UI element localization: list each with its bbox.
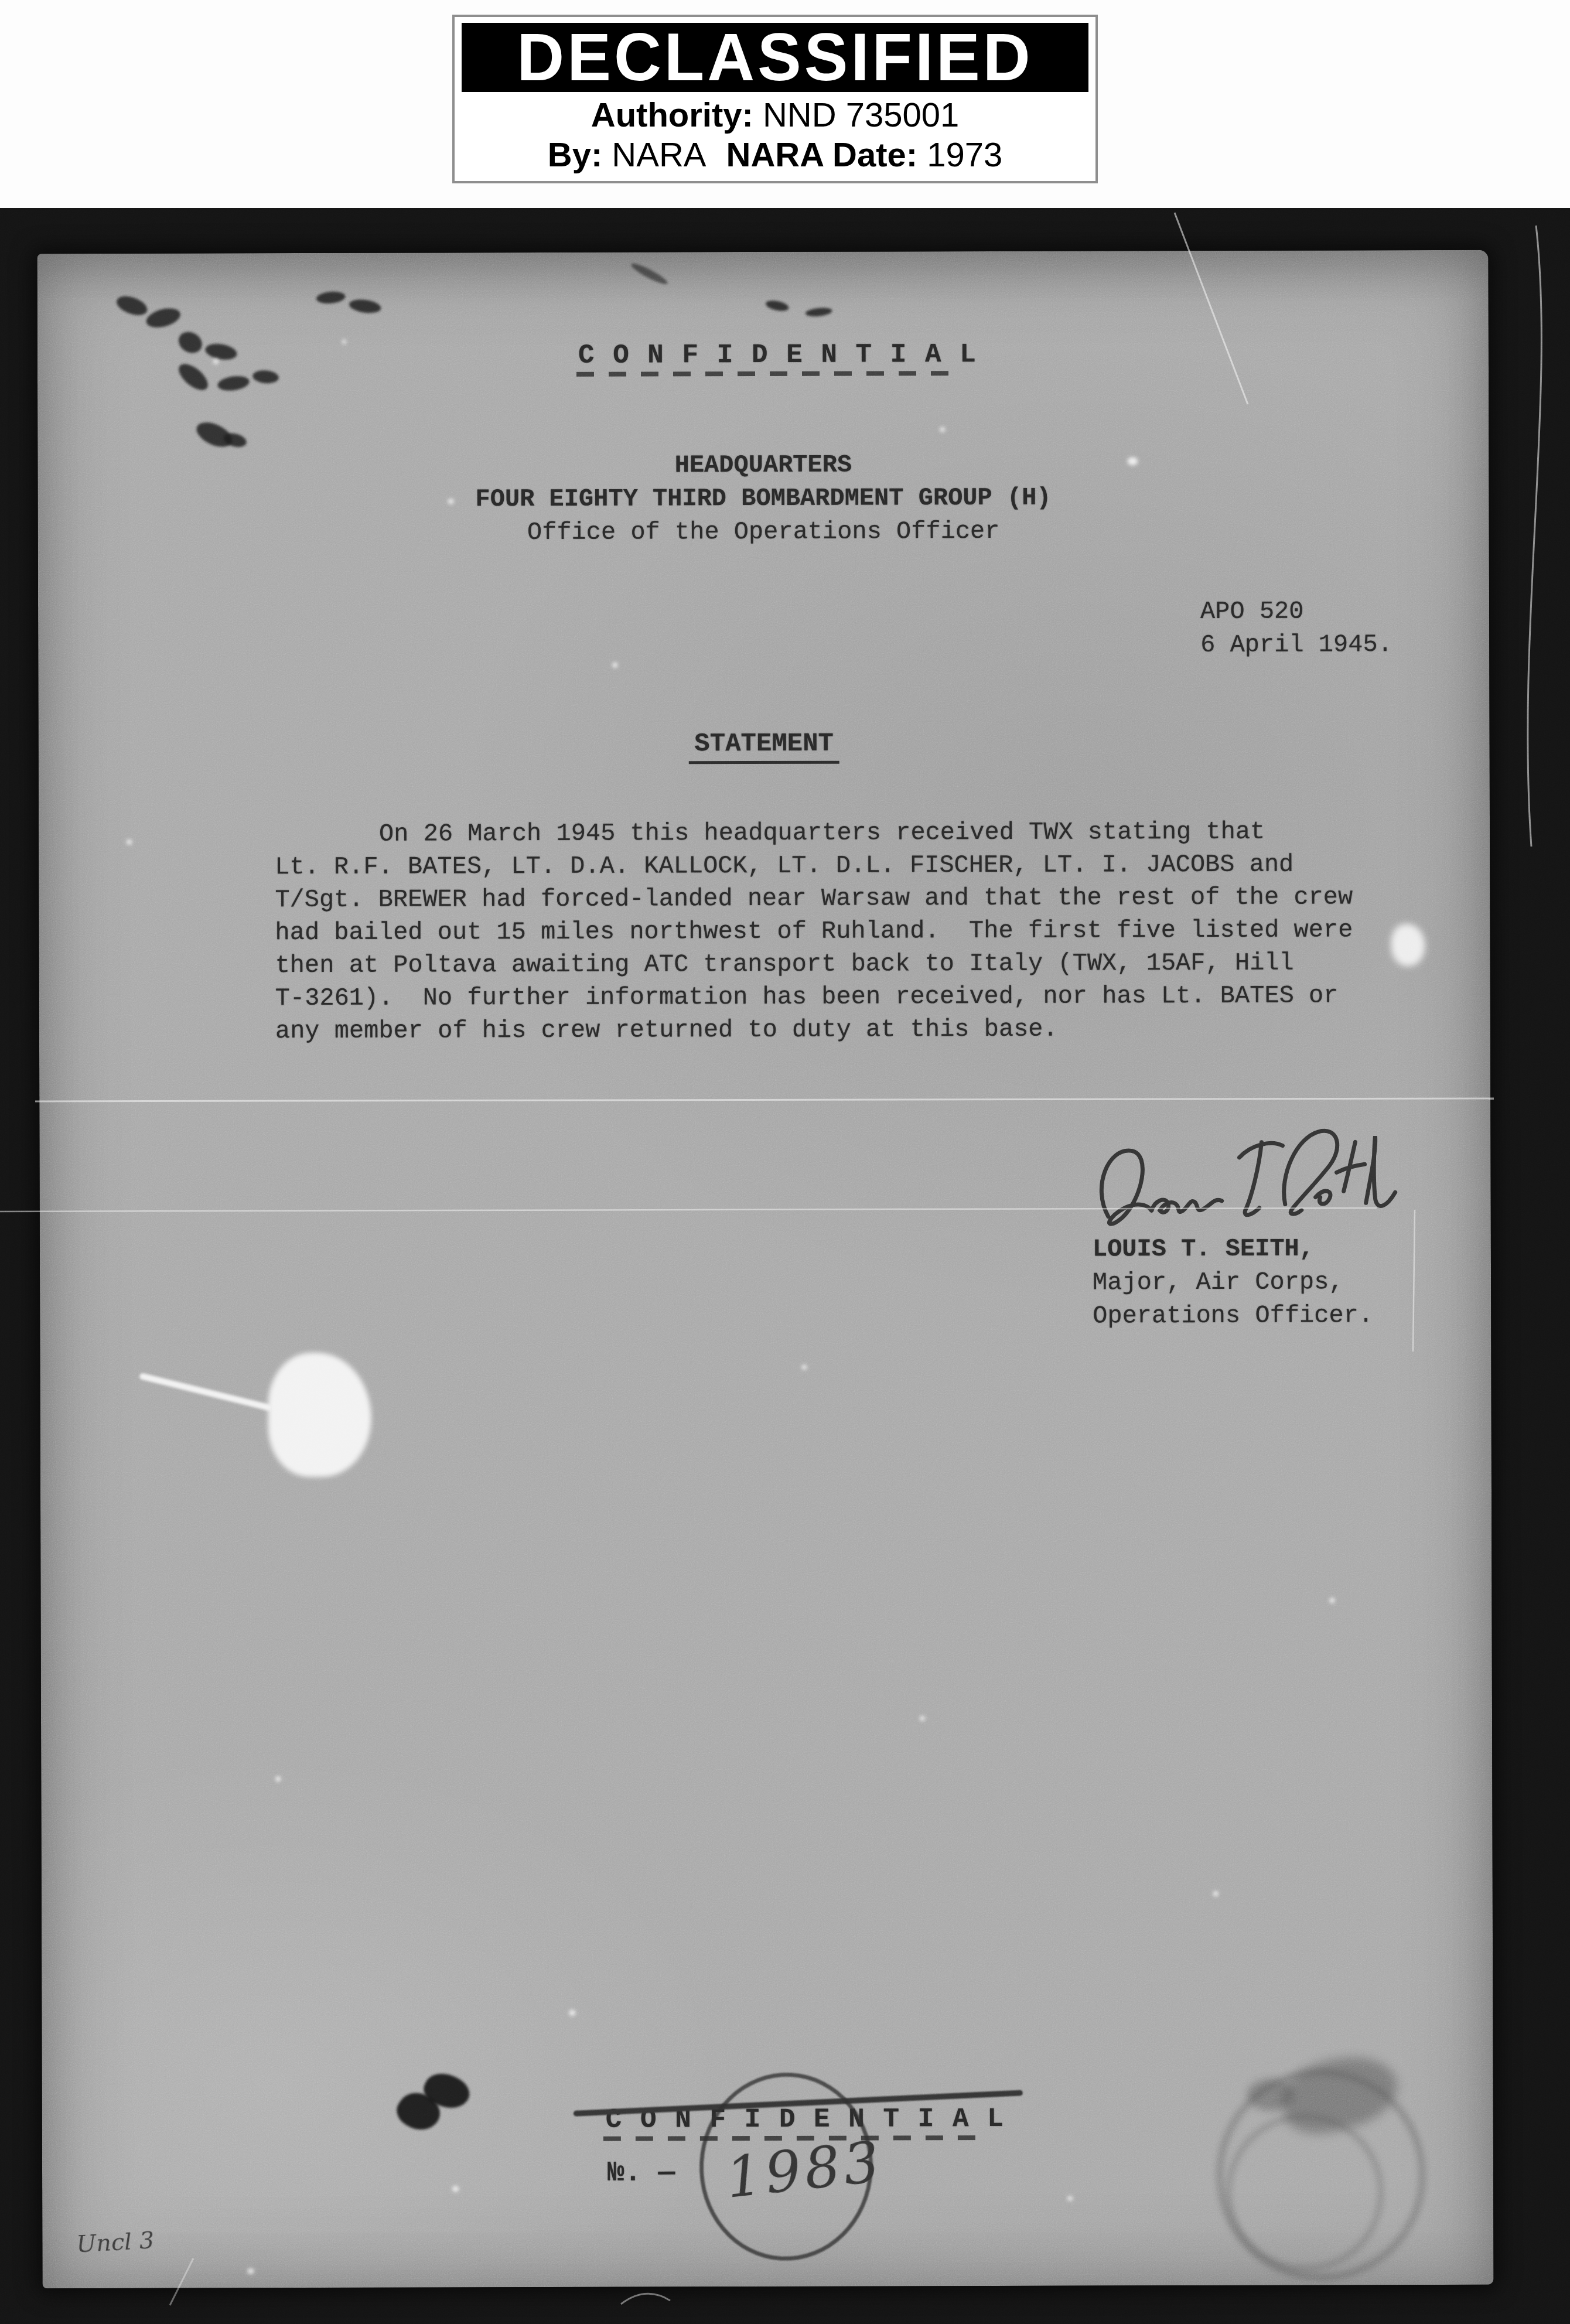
paper-damage-blob: [268, 1353, 371, 1477]
letterhead-line2: FOUR EIGHTY THIRD BOMBARDMENT GROUP (H): [37, 480, 1489, 517]
nara-date-value: 1973: [927, 136, 1002, 174]
scratch-thread: [139, 1373, 272, 1411]
stamp-smudge: [1247, 2079, 1294, 2111]
ink-speck: [174, 359, 212, 395]
banner-title: DECLASSIFIED: [517, 24, 1033, 91]
statement-heading: STATEMENT: [688, 729, 839, 765]
paper-flaw: [569, 2010, 575, 2016]
authority-value: NND 735001: [763, 96, 959, 134]
body-line: On 26 March 1945 this headquarters recei…: [275, 815, 1353, 851]
classification-top-underline: [576, 371, 951, 377]
classification-top: C O N F I D E N T I A L: [578, 339, 977, 371]
ink-speck: [316, 291, 346, 305]
apo-number: APO 520: [1200, 595, 1392, 629]
nara-date-label: NARA Date:: [726, 136, 918, 174]
statement-heading-wrap: STATEMENT: [39, 728, 1490, 766]
authority-label: Authority:: [591, 96, 753, 134]
body-line: T-3261). No further information has been…: [275, 979, 1353, 1015]
signature-block: LOUIS T. SEITH, Major, Air Corps, Operat…: [1093, 1232, 1373, 1333]
paper-flaw: [213, 359, 219, 364]
by-label: By:: [548, 136, 602, 174]
ink-speck: [144, 305, 183, 331]
body-line: Lt. R.F. BATES, LT. D.A. KALLOCK, LT. D.…: [275, 848, 1353, 883]
ink-speck: [629, 261, 669, 287]
signer-title: Operations Officer.: [1093, 1299, 1373, 1333]
signer-name: LOUIS T. SEITH,: [1093, 1232, 1373, 1266]
ink-speck: [252, 369, 279, 384]
paper-flaw: [448, 499, 454, 504]
paper-flaw: [1391, 924, 1425, 966]
paper-flaw: [1067, 2196, 1073, 2201]
body-line: T/Sgt. BREWER had forced-landed near War…: [275, 881, 1353, 916]
paper-flaw: [247, 2268, 254, 2274]
document-scan: C O N F I D E N T I A L HEADQUARTERS FOU…: [0, 208, 1570, 2324]
letterhead-line1: HEADQUARTERS: [37, 447, 1489, 484]
paper-flaw: [275, 1776, 281, 1782]
banner-by-line: By: NARANARA Date: 1973: [455, 135, 1095, 175]
paper-flaw: [1127, 457, 1138, 465]
ink-speck: [805, 306, 832, 318]
paper-flaw: [920, 1716, 925, 1721]
letterhead: HEADQUARTERS FOUR EIGHTY THIRD BOMBARDME…: [37, 447, 1489, 551]
ink-speck: [175, 327, 206, 357]
declassified-document-page: DECLASSIFIED Authority: NND 735001 By: N…: [0, 0, 1570, 2324]
declassified-banner-bar: DECLASSIFIED: [462, 23, 1088, 92]
ink-speck: [114, 292, 150, 319]
ink-speck: [348, 298, 381, 315]
paper-flaw: [801, 1365, 807, 1370]
paper-flaw: [452, 2186, 459, 2192]
statement-body: On 26 March 1945 this headquarters recei…: [275, 815, 1353, 1047]
banner-authority-line: Authority: NND 735001: [455, 95, 1095, 135]
paper-flaw: [940, 427, 945, 432]
circular-stamp: [1217, 2063, 1428, 2275]
paper-flaw: [342, 340, 346, 344]
dateline: APO 520 6 April 1945.: [1200, 595, 1392, 662]
paper-flaw: [1329, 1598, 1334, 1603]
body-line: then at Poltava awaiting ATC transport b…: [275, 946, 1353, 982]
paper-flaw: [127, 839, 132, 845]
corner-note: Uncl 3: [76, 2227, 155, 2258]
number-label: №. —: [607, 2157, 675, 2189]
paper-flaw: [612, 663, 617, 668]
body-line: had bailed out 15 miles northwest of Ruh…: [275, 913, 1353, 949]
ink-speck: [764, 299, 789, 313]
document-date: 6 April 1945.: [1200, 628, 1392, 662]
by-value: NARA: [612, 136, 706, 174]
letterhead-line3: Office of the Operations Officer: [38, 514, 1489, 551]
declassified-banner: DECLASSIFIED Authority: NND 735001 By: N…: [452, 15, 1098, 183]
ink-speck: [217, 374, 251, 393]
body-line: any member of his crew returned to duty …: [275, 1012, 1353, 1047]
ink-speck: [204, 342, 238, 362]
signer-rank: Major, Air Corps,: [1093, 1265, 1373, 1299]
paper-flaw: [1213, 1891, 1219, 1896]
stamp-inner-ring: [1226, 2114, 1384, 2271]
document-paper: C O N F I D E N T I A L HEADQUARTERS FOU…: [37, 250, 1493, 2288]
